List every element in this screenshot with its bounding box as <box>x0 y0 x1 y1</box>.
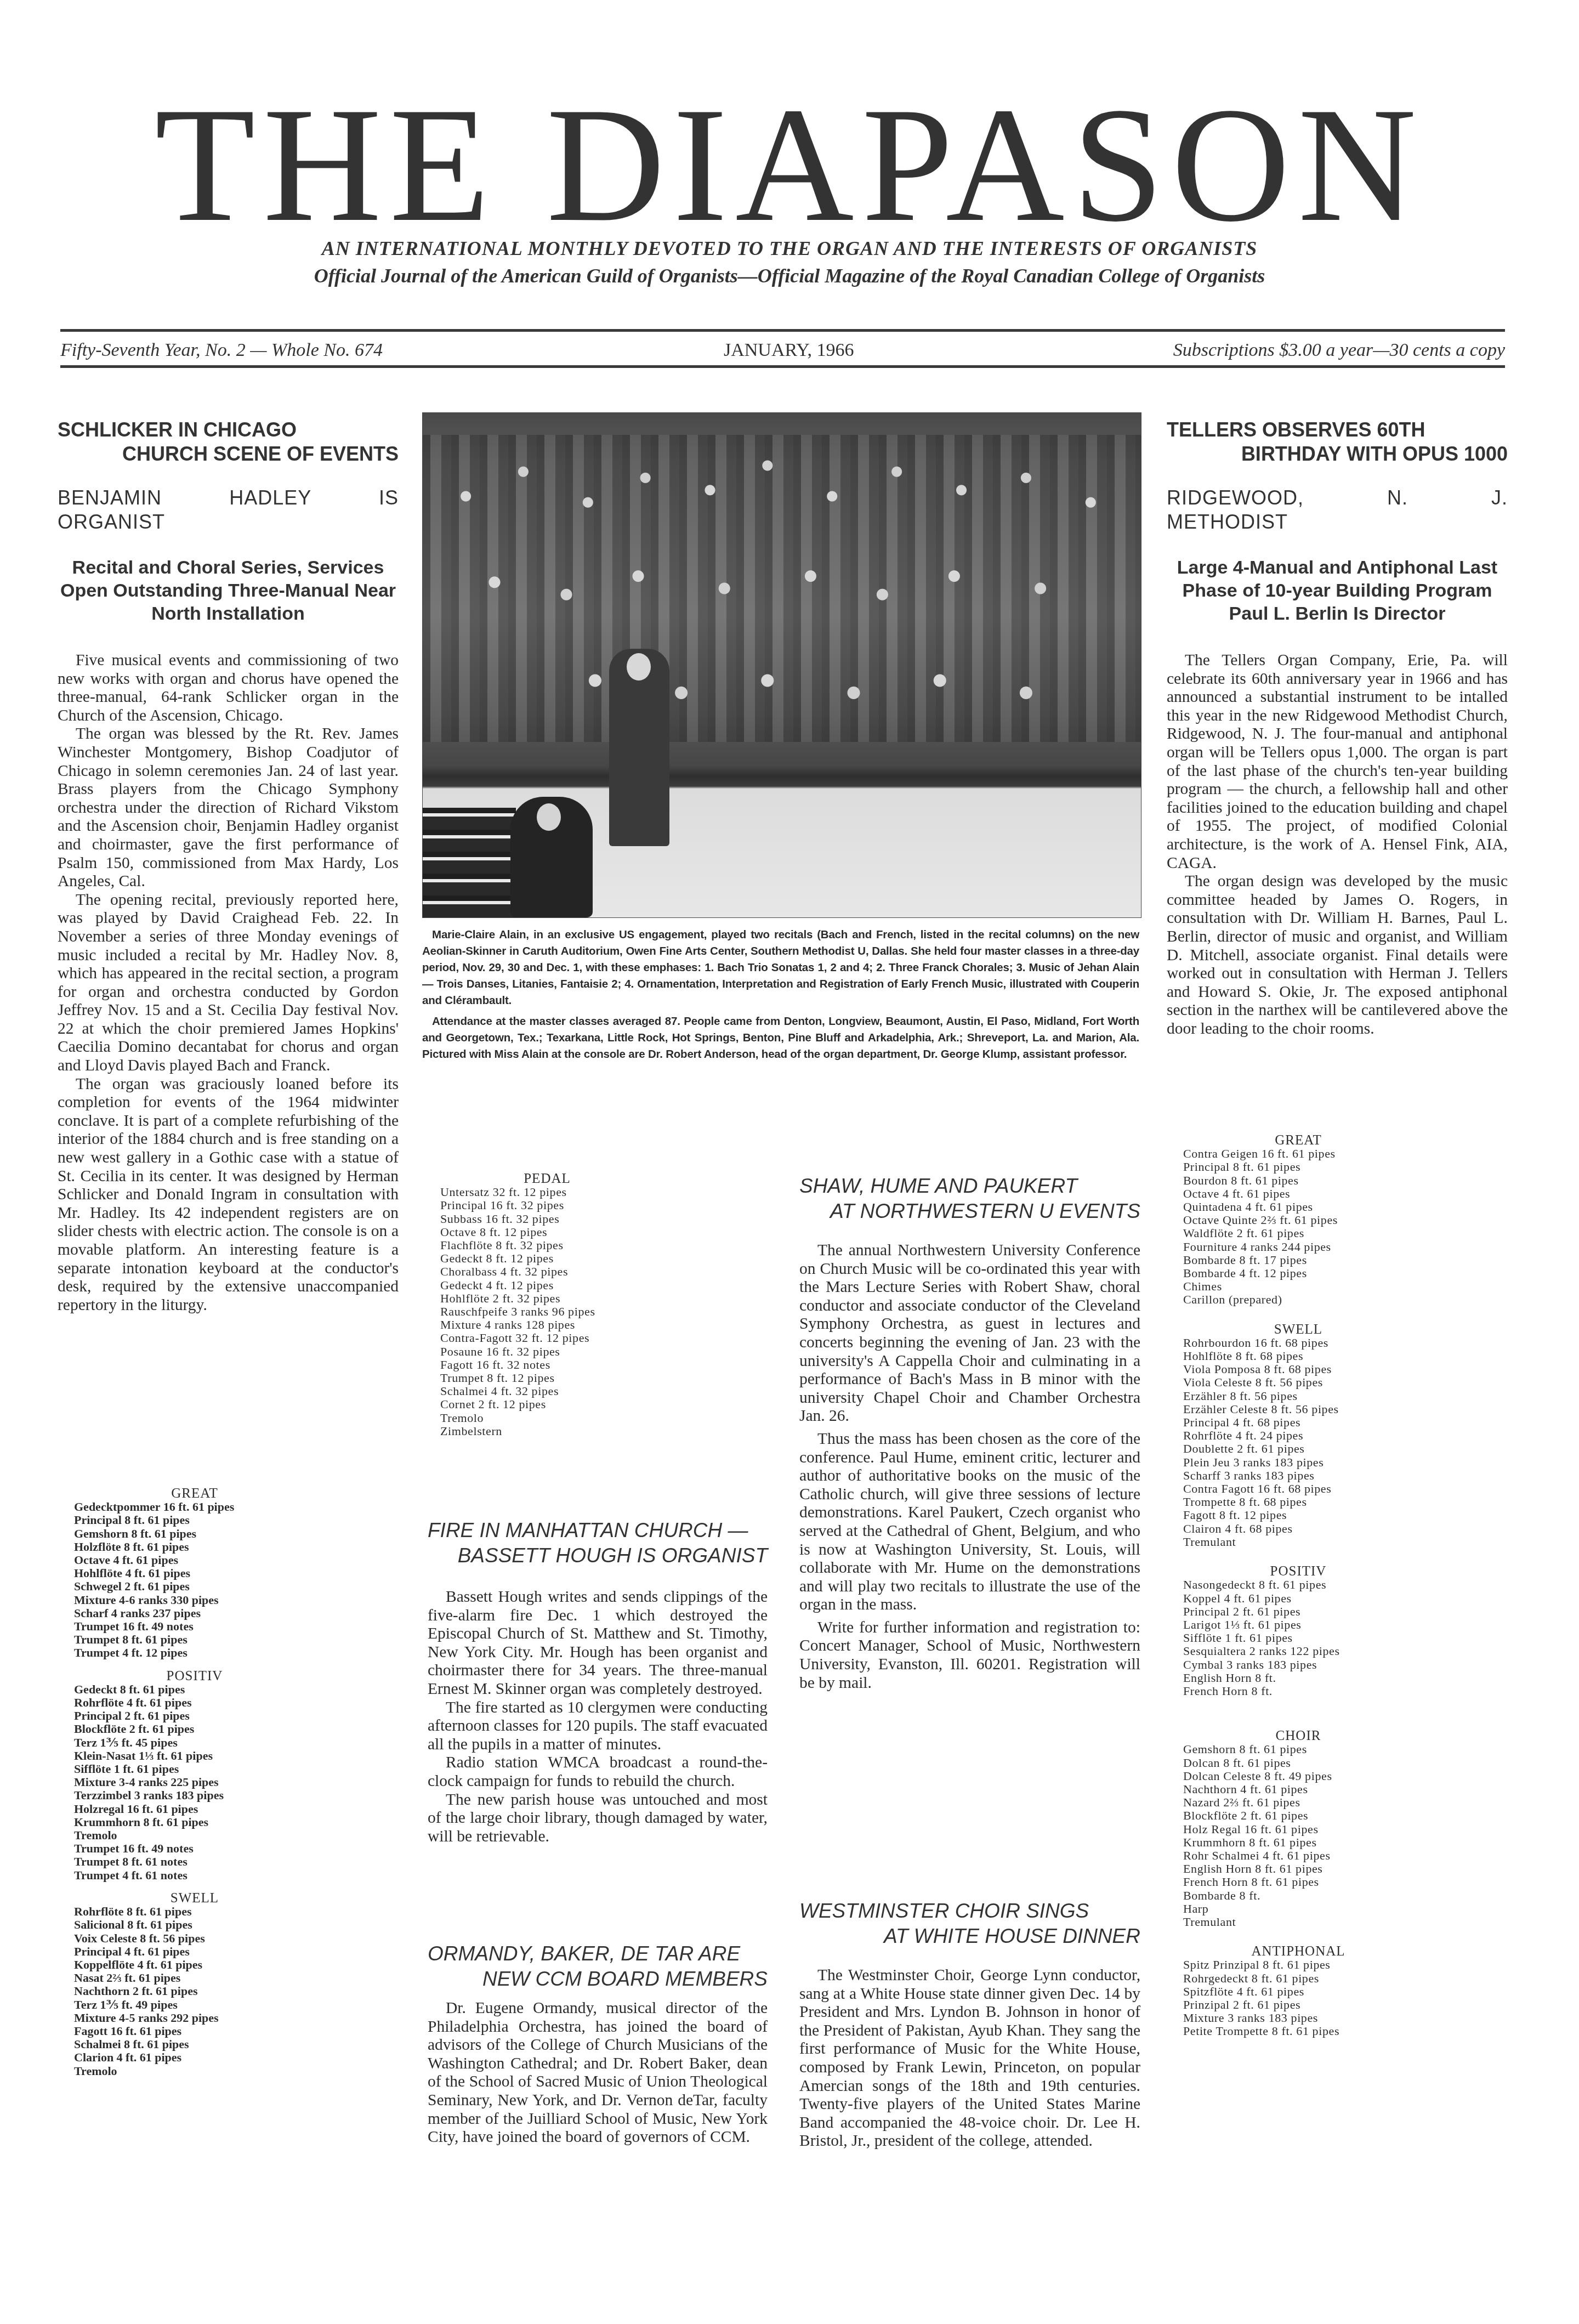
stop: Principal 2 ft. 61 pipes <box>74 1709 315 1722</box>
schlicker-stoplist-pedal: PEDAL Untersatz 32 ft. 12 pipes Principa… <box>440 1172 654 1438</box>
paragraph: The Westminster Choir, George Lynn condu… <box>799 1966 1140 2151</box>
stop: Salicional 8 ft. 61 pipes <box>74 1918 315 1931</box>
article-body: The Westminster Choir, George Lynn condu… <box>799 1966 1140 2151</box>
stop: English Horn 8 ft. 61 pipes <box>1183 1862 1413 1875</box>
stop: Untersatz 32 ft. 12 pipes <box>440 1186 654 1199</box>
stop: Tremulant <box>1183 1535 1413 1549</box>
stop: Dolcan Celeste 8 ft. 49 pipes <box>1183 1770 1413 1783</box>
paragraph: The new parish house was untouched and m… <box>428 1791 768 1846</box>
stop: Fagott 8 ft. 12 pipes <box>1183 1509 1413 1522</box>
article-body: Bassett Hough writes and sends clippings… <box>428 1588 768 1846</box>
paragraph: The annual Northwestern University Confe… <box>799 1242 1140 1426</box>
stop: Bombarde 4 ft. 12 pipes <box>1183 1267 1413 1280</box>
stop: French Horn 8 ft. 61 pipes <box>1183 1875 1413 1889</box>
stop: Contra-Fagott 32 ft. 12 pipes <box>440 1331 654 1345</box>
stop: Nachthorn 4 ft. 61 pipes <box>1183 1783 1413 1796</box>
stop: Bombarde 8 ft. <box>1183 1889 1413 1902</box>
stop: Krummhorn 8 ft. 61 pipes <box>74 1816 315 1829</box>
stop: Fagott 16 ft. 61 pipes <box>74 2025 315 2038</box>
stop: Terzzimbel 3 ranks 183 pipes <box>74 1789 315 1802</box>
paragraph: Five musical events and commissioning of… <box>58 651 399 725</box>
stop: Gedeckt 8 ft. 61 pipes <box>74 1683 315 1696</box>
stop: Nasongedeckt 8 ft. 61 pipes <box>1183 1578 1413 1591</box>
paragraph: Dr. Eugene Ormandy, musical director of … <box>428 1999 768 2147</box>
paragraph: Thus the mass has been chosen as the cor… <box>799 1430 1140 1614</box>
headline-line-2: NEW CCM BOARD MEMBERS <box>428 1966 768 1992</box>
stop: Trumpet 8 ft. 61 pipes <box>74 1633 315 1646</box>
paragraph: The organ was graciously loaned before i… <box>58 1075 399 1315</box>
stop: Gedeckt 4 ft. 12 pipes <box>440 1279 654 1292</box>
stop: Hohlflöte 8 ft. 68 pipes <box>1183 1350 1413 1363</box>
stop: Blockflöte 2 ft. 61 pipes <box>1183 1809 1413 1822</box>
deck: Recital and Choral Series, Services Open… <box>58 556 399 625</box>
stop: Waldflöte 2 ft. 61 pipes <box>1183 1227 1413 1240</box>
division-heading: POSITIV <box>74 1670 315 1683</box>
paragraph: Write for further information and regist… <box>799 1619 1140 1692</box>
stop: Koppelflöte 4 ft. 61 pipes <box>74 1958 315 1971</box>
stop: Gemshorn 8 ft. 61 pipes <box>74 1527 315 1540</box>
article-body: Dr. Eugene Ormandy, musical director of … <box>428 1999 768 2147</box>
stop: Octave 4 ft. 61 pipes <box>74 1554 315 1567</box>
stop: Trumpet 8 ft. 61 notes <box>74 1855 315 1868</box>
stop: Bourdon 8 ft. 61 pipes <box>1183 1174 1413 1187</box>
division-heading: GREAT <box>74 1487 315 1500</box>
stop: Contra Geigen 16 ft. 61 pipes <box>1183 1147 1413 1160</box>
article-body: Five musical events and commissioning of… <box>58 651 399 1314</box>
stop: Rohrflöte 8 ft. 61 pipes <box>74 1905 315 1918</box>
article-shaw: SHAW, HUME AND PAUKERT AT NORTHWESTERN U… <box>799 1174 1140 1692</box>
stop: Rohrgedeckt 8 ft. 61 pipes <box>1183 1972 1413 1985</box>
bottom-rule <box>60 365 1505 368</box>
paragraph: The fire started as 10 clergymen were co… <box>428 1699 768 1754</box>
headline-line-1: FIRE IN MANHATTAN CHURCH — <box>428 1518 768 1543</box>
stop: Trumpet 8 ft. 12 pipes <box>440 1371 654 1385</box>
stop: Posaune 16 ft. 32 pipes <box>440 1345 654 1358</box>
article-fire: FIRE IN MANHATTAN CHURCH — BASSETT HOUGH… <box>428 1518 768 1846</box>
photo-choir-group <box>423 435 1141 742</box>
stop: Trumpet 4 ft. 61 notes <box>74 1869 315 1882</box>
photo-organ-console <box>423 808 516 917</box>
top-rule <box>60 329 1505 332</box>
stop: Tremolo <box>74 2065 315 2078</box>
stop: Blockflöte 2 ft. 61 pipes <box>74 1722 315 1736</box>
paragraph: The opening recital, previously reported… <box>58 891 399 1075</box>
stop: Mixture 4-5 ranks 292 pipes <box>74 2011 315 2025</box>
stop: Nazard 2⅔ ft. 61 pipes <box>1183 1796 1413 1809</box>
headline-line-2: BIRTHDAY WITH OPUS 1000 <box>1167 442 1508 466</box>
stop: Gedecktpommer 16 ft. 61 pipes <box>74 1500 315 1514</box>
stop: Gedeckt 8 ft. 12 pipes <box>440 1252 654 1265</box>
headline-line-1: SHAW, HUME AND PAUKERT <box>799 1174 1140 1199</box>
caption-paragraph: Marie-Claire Alain, in an exclusive US e… <box>422 927 1139 1009</box>
division-heading: ANTIPHONAL <box>1183 1945 1413 1958</box>
stop: Subbass 16 ft. 32 pipes <box>440 1212 654 1226</box>
stop: Chimes <box>1183 1280 1413 1293</box>
headline-line-2: AT WHITE HOUSE DINNER <box>799 1924 1140 1949</box>
stop: English Horn 8 ft. <box>1183 1671 1413 1685</box>
stop: Principal 4 ft. 68 pipes <box>1183 1416 1413 1429</box>
stop: Plein Jeu 3 ranks 183 pipes <box>1183 1456 1413 1469</box>
stop: Voix Celeste 8 ft. 56 pipes <box>74 1932 315 1945</box>
stop: Bombarde 8 ft. 17 pipes <box>1183 1254 1413 1267</box>
headline-line-1: ORMANDY, BAKER, DE TAR ARE <box>428 1941 768 1966</box>
stop: Holzflöte 8 ft. 61 pipes <box>74 1540 315 1554</box>
stop: Terz 1⅗ ft. 45 pipes <box>74 1736 315 1749</box>
stop: Cymbal 3 ranks 183 pipes <box>1183 1658 1413 1671</box>
headline-line-2: AT NORTHWESTERN U EVENTS <box>799 1199 1140 1224</box>
stop: Sesquialtera 2 ranks 122 pipes <box>1183 1645 1413 1658</box>
paragraph: The Tellers Organ Company, Erie, Pa. wil… <box>1167 651 1508 872</box>
stop: Schalmei 4 ft. 32 pipes <box>440 1385 654 1398</box>
stop: Sifflöte 1 ft. 61 pipes <box>74 1762 315 1776</box>
division-heading: PEDAL <box>440 1172 654 1186</box>
stop: Tremulant <box>1183 1915 1413 1929</box>
stop: Octave 8 ft. 12 pipes <box>440 1226 654 1239</box>
issue-number: Fifty-Seventh Year, No. 2 — Whole No. 67… <box>60 340 383 361</box>
division-heading: SWELL <box>1183 1323 1413 1336</box>
stop: Holzregal 16 ft. 61 pipes <box>74 1802 315 1816</box>
division-heading: POSITIV <box>1183 1565 1413 1578</box>
stop: Cornet 2 ft. 12 pipes <box>440 1398 654 1411</box>
division-heading: SWELL <box>74 1892 315 1905</box>
stop: Mixture 3 ranks 183 pipes <box>1183 2011 1413 2025</box>
stop: Mixture 4 ranks 128 pipes <box>440 1318 654 1331</box>
subscription-price: Subscriptions $3.00 a year—30 cents a co… <box>1173 340 1505 361</box>
stop: Principal 2 ft. 61 pipes <box>1183 1605 1413 1618</box>
stop: Harp <box>1183 1902 1413 1915</box>
stop: Trumpet 16 ft. 49 notes <box>74 1842 315 1855</box>
masthead-subtitle: AN INTERNATIONAL MONTHLY DEVOTED TO THE … <box>0 237 1579 260</box>
article-westminster: WESTMINSTER CHOIR SINGS AT WHITE HOUSE D… <box>799 1898 1140 2151</box>
stop: Carillon (prepared) <box>1183 1293 1413 1306</box>
subhead: BENJAMIN HADLEY IS ORGANIST <box>58 486 399 534</box>
masthead-affiliation: Official Journal of the American Guild o… <box>0 264 1579 287</box>
stop: Rauschfpeife 3 ranks 96 pipes <box>440 1305 654 1318</box>
photo-organist <box>510 797 593 917</box>
stop: Trompette 8 ft. 68 pipes <box>1183 1495 1413 1509</box>
photo-standing-professor <box>609 649 669 846</box>
stop: Mixture 4-6 ranks 330 pipes <box>74 1594 315 1607</box>
stop: Nachthorn 2 ft. 61 pipes <box>74 1985 315 1998</box>
stop: Holz Regal 16 ft. 61 pipes <box>1183 1823 1413 1836</box>
stop: Larigot 1⅓ ft. 61 pipes <box>1183 1618 1413 1631</box>
stop: Flachflöte 8 ft. 32 pipes <box>440 1239 654 1252</box>
schlicker-stoplist-manuals: GREAT Gedecktpommer 16 ft. 61 pipes Prin… <box>74 1487 315 2078</box>
stop: Fourniture 4 ranks 244 pipes <box>1183 1240 1413 1254</box>
headline-line-2: CHURCH SCENE OF EVENTS <box>58 442 399 466</box>
stop: Rohrbourdon 16 ft. 68 pipes <box>1183 1336 1413 1350</box>
stop: Dolcan 8 ft. 61 pipes <box>1183 1756 1413 1770</box>
stop: French Horn 8 ft. <box>1183 1685 1413 1698</box>
stop: Viola Pomposa 8 ft. 68 pipes <box>1183 1363 1413 1376</box>
stop: Terz 1⅗ ft. 49 pipes <box>74 1998 315 2011</box>
headline-line-1: TELLERS OBSERVES 60TH <box>1167 418 1508 442</box>
stop: Erzähler 8 ft. 56 pipes <box>1183 1390 1413 1403</box>
stop: Doublette 2 ft. 61 pipes <box>1183 1442 1413 1455</box>
stop: Choralbass 4 ft. 32 pipes <box>440 1265 654 1278</box>
stop: Zimbelstern <box>440 1425 654 1438</box>
division-heading: CHOIR <box>1183 1730 1413 1743</box>
headline-line-2: BASSETT HOUGH IS ORGANIST <box>428 1543 768 1568</box>
article-tellers: TELLERS OBSERVES 60TH BIRTHDAY WITH OPUS… <box>1167 418 1508 1038</box>
article-body: The Tellers Organ Company, Erie, Pa. wil… <box>1167 651 1508 1038</box>
stop: Krummhorn 8 ft. 61 pipes <box>1183 1836 1413 1849</box>
headline-line-1: WESTMINSTER CHOIR SINGS <box>799 1898 1140 1924</box>
paragraph: The organ was blessed by the Rt. Rev. Ja… <box>58 725 399 891</box>
paragraph: The organ design was developed by the mu… <box>1167 872 1508 1038</box>
stop: Erzähler Celeste 8 ft. 56 pipes <box>1183 1403 1413 1416</box>
stop: Klein-Nasat 1⅓ ft. 61 pipes <box>74 1749 315 1762</box>
stop: Scharff 3 ranks 183 pipes <box>1183 1469 1413 1482</box>
division-heading: GREAT <box>1183 1134 1413 1147</box>
stop: Principal 16 ft. 32 pipes <box>440 1199 654 1212</box>
headline-line-1: SCHLICKER IN CHICAGO <box>58 418 399 442</box>
article-body: The annual Northwestern University Confe… <box>799 1242 1140 1692</box>
issue-date: JANUARY, 1966 <box>724 340 854 361</box>
stop: Viola Celeste 8 ft. 56 pipes <box>1183 1376 1413 1389</box>
subhead: RIDGEWOOD, N. J. METHODIST <box>1167 486 1508 534</box>
stop: Principal 4 ft. 61 pipes <box>74 1945 315 1958</box>
stop: Fagott 16 ft. 32 notes <box>440 1358 654 1371</box>
stop: Clairon 4 ft. 68 pipes <box>1183 1522 1413 1535</box>
photo-alain-master-class <box>422 412 1141 918</box>
photo-caption: Marie-Claire Alain, in an exclusive US e… <box>422 927 1139 1067</box>
stop: Trumpet 16 ft. 49 notes <box>74 1620 315 1633</box>
stop: Rohrflöte 4 ft. 61 pipes <box>74 1696 315 1709</box>
stop: Trumpet 4 ft. 12 pipes <box>74 1646 315 1659</box>
stop: Gemshorn 8 ft. 61 pipes <box>1183 1743 1413 1756</box>
stop: Principal 8 ft. 61 pipes <box>1183 1160 1413 1174</box>
stop: Hohlflöte 4 ft. 61 pipes <box>74 1567 315 1580</box>
stop: Octave 4 ft. 61 pipes <box>1183 1187 1413 1200</box>
stop: Schalmei 8 ft. 61 pipes <box>74 2038 315 2051</box>
stop: Prinzipal 2 ft. 61 pipes <box>1183 1998 1413 2011</box>
stop: Tremolo <box>440 1412 654 1425</box>
tellers-stoplist: GREAT Contra Geigen 16 ft. 61 pipes Prin… <box>1183 1134 1413 2038</box>
stop: Spitz Prinzipal 8 ft. 61 pipes <box>1183 1958 1413 1971</box>
stop: Rohr Schalmei 4 ft. 61 pipes <box>1183 1849 1413 1862</box>
stop: Octave Quinte 2⅔ ft. 61 pipes <box>1183 1214 1413 1227</box>
masthead-title: THE DIAPASON <box>0 82 1579 247</box>
paragraph: Bassett Hough writes and sends clippings… <box>428 1588 768 1699</box>
stop: Schwegel 2 ft. 61 pipes <box>74 1580 315 1593</box>
article-ormandy: ORMANDY, BAKER, DE TAR ARE NEW CCM BOARD… <box>428 1941 768 2147</box>
stop: Koppel 4 ft. 61 pipes <box>1183 1592 1413 1605</box>
stop: Spitzflöte 4 ft. 61 pipes <box>1183 1985 1413 1998</box>
stop: Rohrflöte 4 ft. 24 pipes <box>1183 1429 1413 1442</box>
stop: Mixture 3-4 ranks 225 pipes <box>74 1776 315 1789</box>
stop: Principal 8 ft. 61 pipes <box>74 1514 315 1527</box>
stop: Petite Trompette 8 ft. 61 pipes <box>1183 2025 1413 2038</box>
caption-paragraph: Attendance at the master classes average… <box>422 1013 1139 1063</box>
stop: Scharf 4 ranks 237 pipes <box>74 1607 315 1620</box>
stop: Contra Fagott 16 ft. 68 pipes <box>1183 1482 1413 1495</box>
stop: Tremolo <box>74 1829 315 1842</box>
deck: Large 4-Manual and Antiphonal Last Phase… <box>1167 556 1508 625</box>
stop: Quintadena 4 ft. 61 pipes <box>1183 1200 1413 1214</box>
stop: Clarion 4 ft. 61 pipes <box>74 2051 315 2064</box>
stop: Hohlflöte 2 ft. 32 pipes <box>440 1292 654 1305</box>
paragraph: Radio station WMCA broadcast a round-the… <box>428 1754 768 1790</box>
article-schlicker: SCHLICKER IN CHICAGO CHURCH SCENE OF EVE… <box>58 418 399 1314</box>
stop: Nasat 2⅔ ft. 61 pipes <box>74 1971 315 1985</box>
stop: Sifflöte 1 ft. 61 pipes <box>1183 1631 1413 1645</box>
